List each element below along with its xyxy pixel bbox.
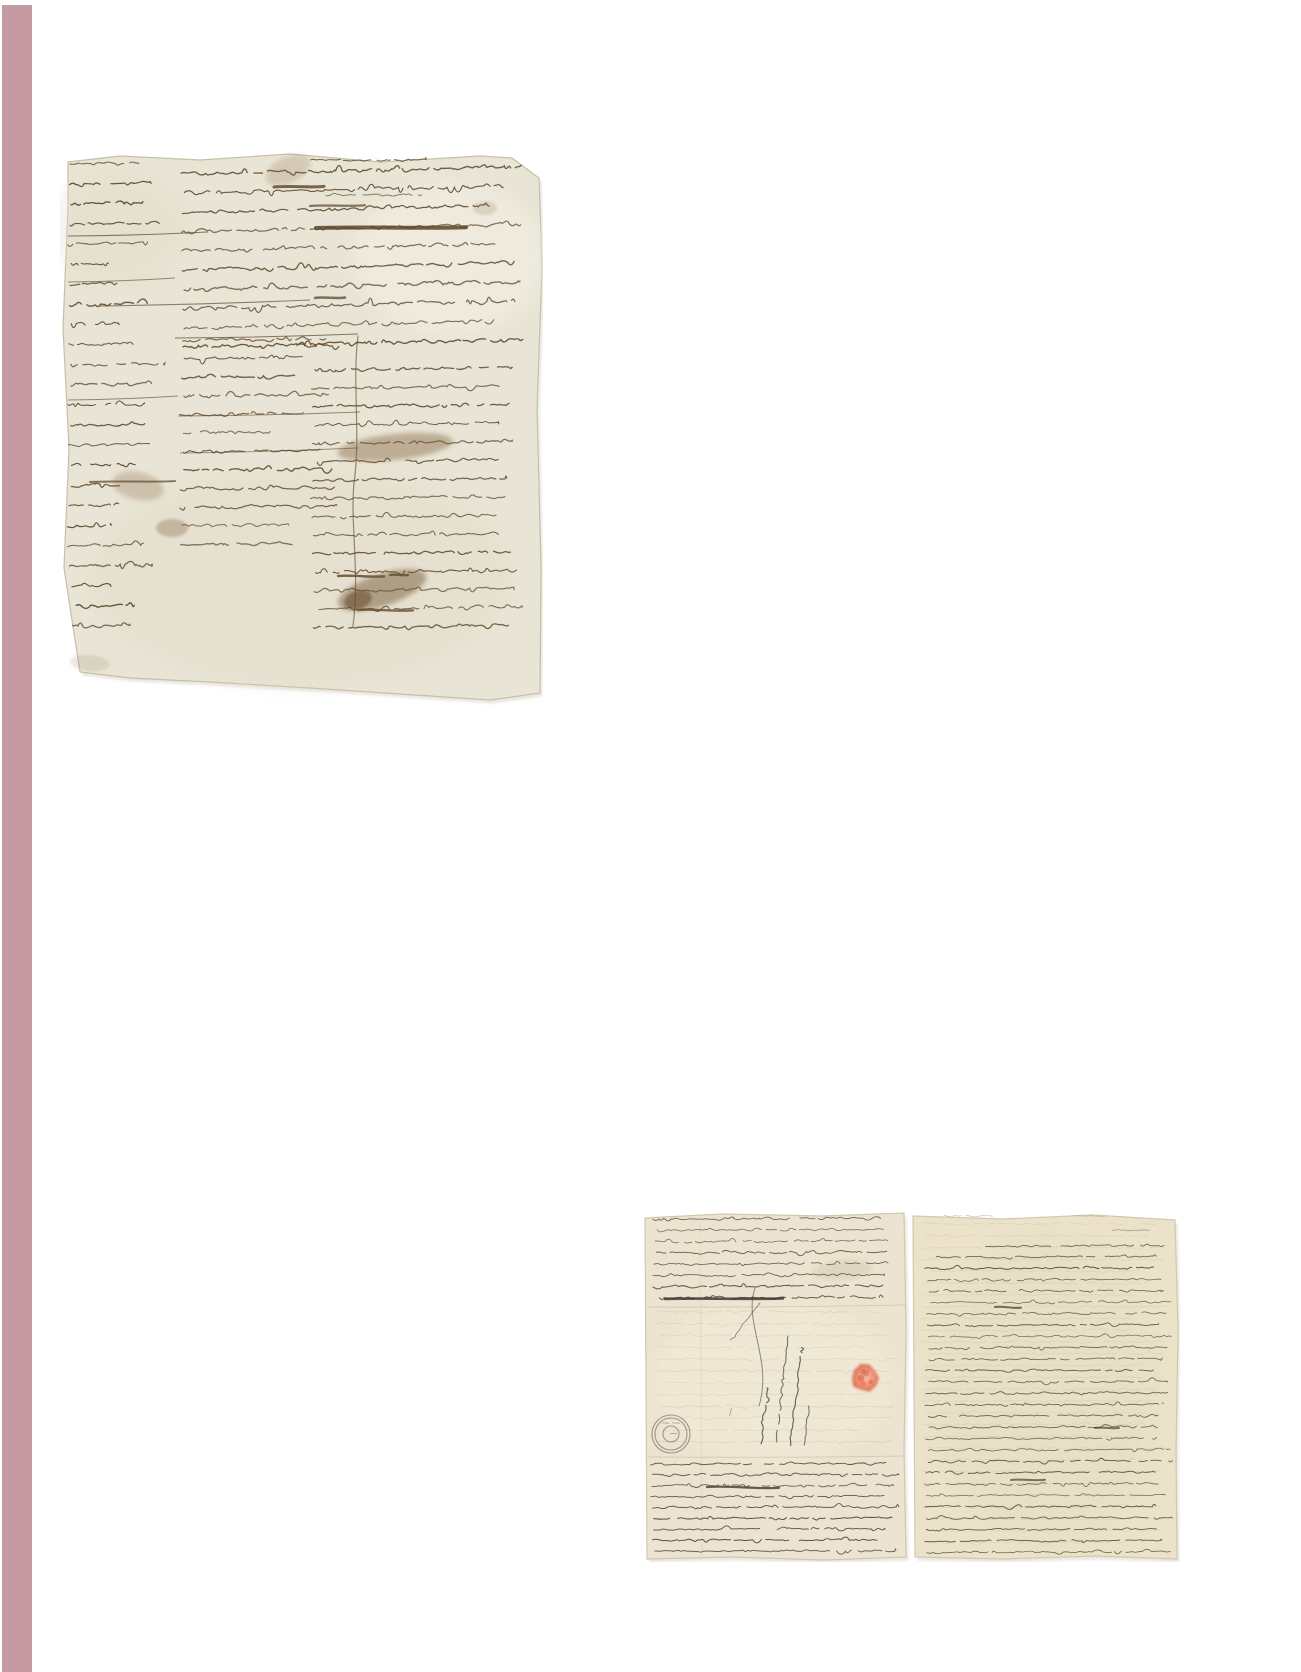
- ink-stain: [156, 519, 188, 537]
- letter-photo: [643, 1210, 1180, 1562]
- folded-letter-with-seal-artwork: [643, 1210, 1180, 1562]
- strikethrough-mark: [310, 205, 365, 206]
- paper-shading: [90, 468, 510, 688]
- strikethrough-mark: [274, 186, 324, 187]
- handwriting-zone-faint-top-annotation: [944, 1215, 996, 1217]
- paper-shading: [355, 183, 543, 333]
- accent-bar: [2, 5, 32, 1672]
- manuscript-draft-page-artwork: [60, 148, 543, 711]
- strikethrough-mark: [1011, 1480, 1045, 1481]
- strikethrough-mark: [316, 227, 466, 228]
- strikethrough-mark: [1095, 1428, 1119, 1429]
- manuscript-photo: [60, 148, 543, 711]
- page-background: [0, 0, 1301, 1672]
- strikethrough-mark: [665, 1298, 783, 1299]
- ink-stain: [473, 201, 497, 215]
- strikethrough-mark: [315, 298, 345, 299]
